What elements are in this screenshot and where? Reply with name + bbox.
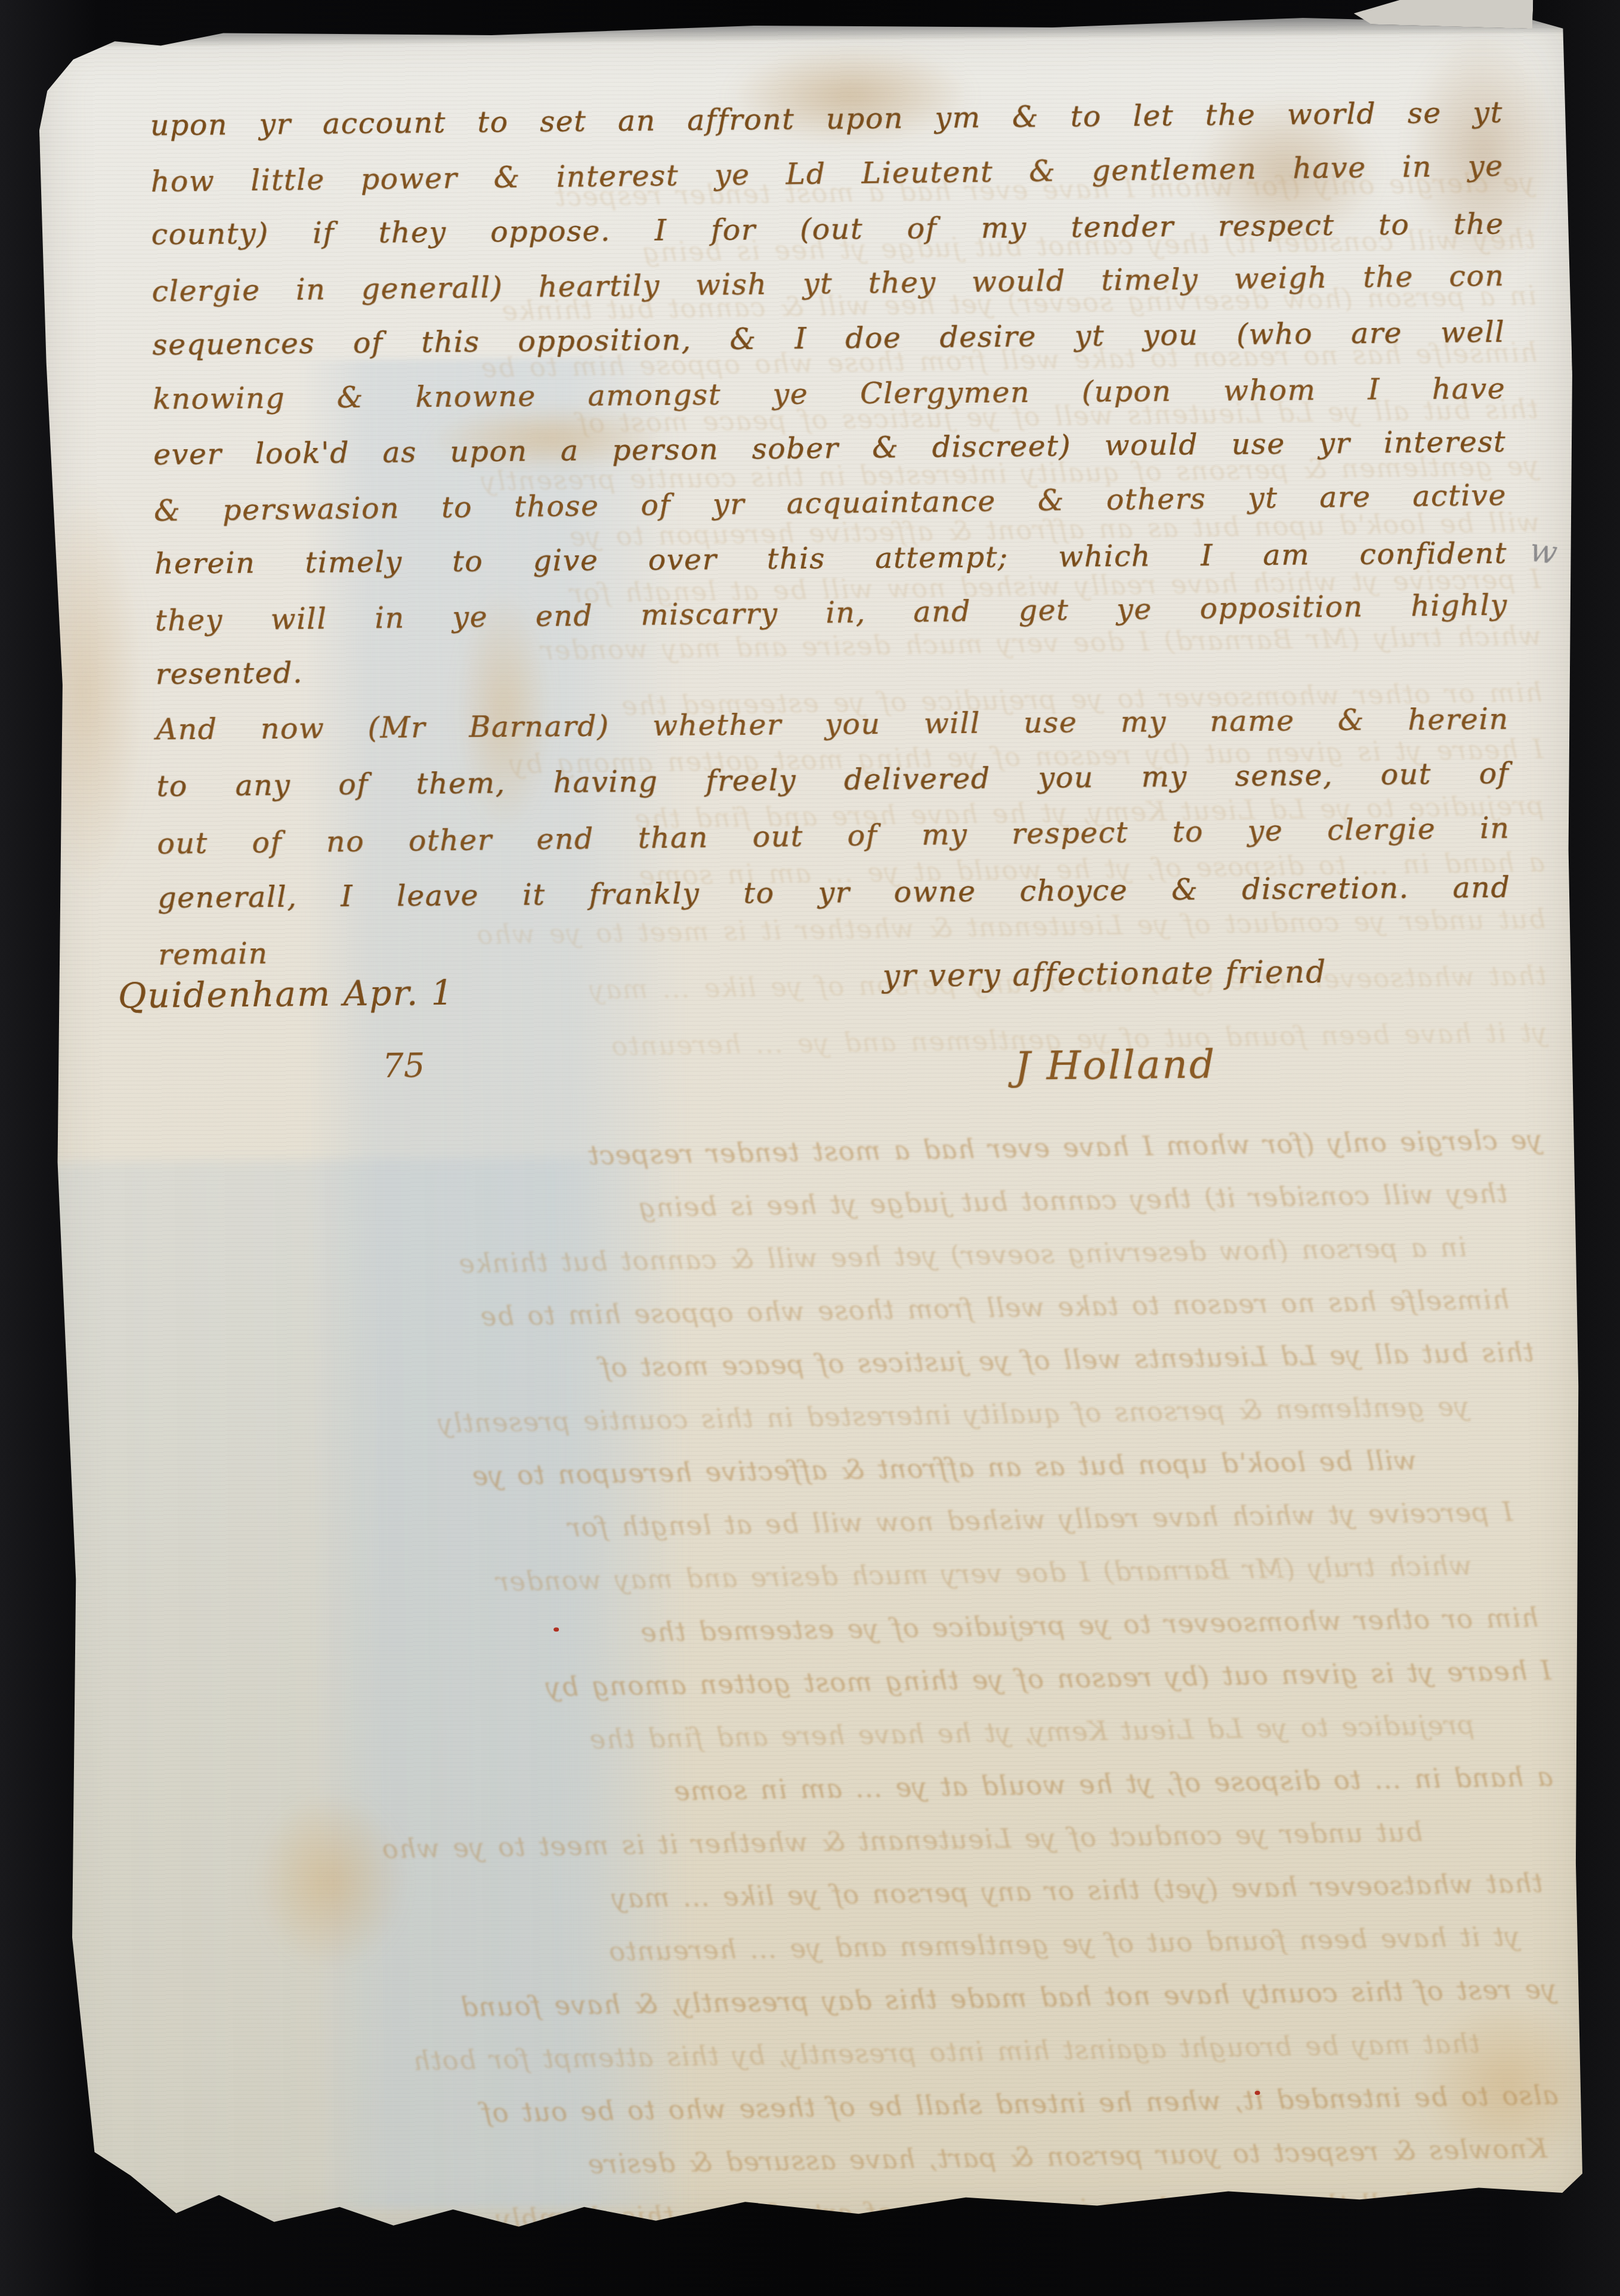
signature: J Holland: [1015, 1042, 1217, 1089]
red-ink-speck: [554, 1627, 559, 1631]
folded-paper-corner: [1353, 0, 1534, 29]
letter-body: upon yr account to set an affront upon y…: [38, 14, 1590, 2236]
scan-background: ye clergie only (for whom I have ever ha…: [0, 0, 1620, 2296]
dateline-place-date: Quidenham Apr. 1: [118, 972, 455, 1016]
closing-salutation: yr very affectionate friend: [882, 953, 1509, 994]
red-ink-speck: [1255, 2091, 1260, 2095]
letter-paragraphs: upon yr account to set an affront upon y…: [150, 85, 1511, 981]
dateline-year: 75: [382, 1046, 425, 1086]
margin-pencil-scribble: w: [1528, 530, 1560, 571]
letter-page: ye clergie only (for whom I have ever ha…: [38, 14, 1590, 2236]
